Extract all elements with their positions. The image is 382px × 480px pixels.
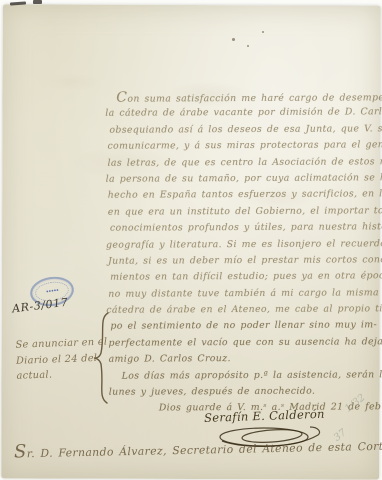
- photo-edge-mark: [33, 0, 42, 4]
- letter-body: Con suma satisfacción me haré cargo de d…: [107, 88, 375, 417]
- marginal-note: Se anunciar en el Diario el 24 del actua…: [15, 334, 117, 384]
- letter-line: la persona de su tamaño, por cuya aclima…: [106, 170, 374, 188]
- letter-line: amigo D. Carlos Crouz.: [109, 351, 375, 369]
- letter-line: obsequiando así á los deseos de esa Junt…: [109, 121, 373, 139]
- letter-line: Con suma satisfacción me haré cargo de d…: [107, 88, 373, 106]
- letter-line: po el sentimiento de no poder llenar sin…: [110, 318, 374, 336]
- letter-line: conocimientos profundos y útiles, para n…: [110, 219, 374, 237]
- letter-line: mientos en tan difícil estudio; pues ya …: [110, 269, 374, 287]
- ink-speck: [262, 31, 264, 33]
- letter-line: geografía y literatura. Si me es lisonje…: [106, 236, 374, 254]
- letter-line: Los días más apropósito p.ª la asistenci…: [107, 367, 375, 385]
- letter-line: no muy distante tuve también á mi cargo …: [108, 285, 374, 303]
- letter-line: comunicarme, y á sus miras protectoras p…: [107, 137, 373, 155]
- letter-line: Junta, si es un deber mío el prestar mis…: [108, 252, 374, 270]
- letter-line: la cátedra de árabe vacante por dimisión…: [105, 105, 373, 123]
- letter-line: en que era un instituto del Gobierno, el…: [108, 203, 374, 221]
- letter-line: cátedra de árabe en el Ateneo, me cabe a…: [106, 301, 374, 319]
- letter-line: lunes y jueves, después de anochecido.: [109, 383, 375, 401]
- letter-line: hecho en España tantos esfuerzos y sacri…: [108, 187, 374, 205]
- ink-speck: [232, 38, 235, 41]
- scanned-letter-photo: ••••• AR-3/017 Con suma satisfacción me …: [0, 0, 382, 480]
- ink-speck: [247, 45, 249, 47]
- letter-line: perfectamente el vacío que con su ausenc…: [108, 334, 374, 352]
- letter-line: las letras, de que es centro la Asociaci…: [107, 154, 373, 172]
